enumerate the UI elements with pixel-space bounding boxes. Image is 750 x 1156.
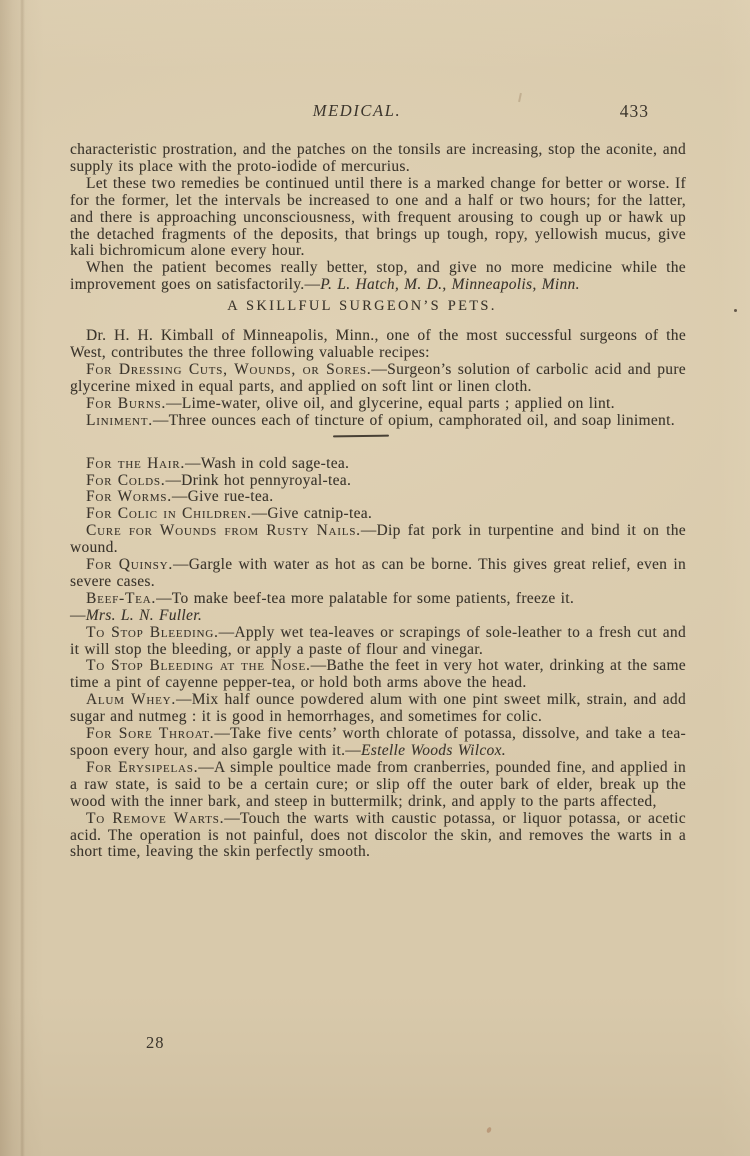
text-segment: For Worms. xyxy=(86,488,172,505)
text-segment: characteristic prostration, and the patc… xyxy=(70,141,686,175)
text-segment: Mrs. L. N. Fuller. xyxy=(86,607,202,624)
running-head: MEDICAL. 433 xyxy=(0,101,750,125)
text-segment: For Sore Throat. xyxy=(86,725,214,742)
paragraph: Dr. H. H. Kimball of Minneapolis, Minn.,… xyxy=(70,328,686,362)
text-segment: —To make beef-tea more palatable for som… xyxy=(156,590,574,607)
paragraph: When the patient becomes really better, … xyxy=(70,260,686,294)
text-segment: Alum Whey. xyxy=(86,691,176,708)
text-segment: —Drink hot pennyroyal-tea. xyxy=(165,472,351,489)
text-segment: P. L. Hatch, M. D., Minneapolis, Minn. xyxy=(320,276,580,293)
paragraph: For Quinsy.—Gargle with water as hot as … xyxy=(70,557,686,591)
paragraph: Beef-Tea.—To make beef-tea more palatabl… xyxy=(70,591,686,625)
text-segment: —Three ounces each of tincture of opium,… xyxy=(153,412,675,429)
paragraph: characteristic prostration, and the patc… xyxy=(70,142,686,176)
paragraph: To Stop Bleeding at the Nose.—Bathe the … xyxy=(70,658,686,692)
text-segment: —Give rue-tea. xyxy=(172,488,274,505)
paragraph: For Worms.—Give rue-tea. xyxy=(70,489,686,506)
text-segment: For Colic in Children. xyxy=(86,505,252,522)
text-segment: —Lime-water, olive oil, and glycerine, e… xyxy=(166,395,615,412)
text-segment: Let these two remedies be continued unti… xyxy=(70,175,686,260)
page-body: characteristic prostration, and the patc… xyxy=(70,142,686,861)
section-divider xyxy=(333,434,389,437)
text-segment: —Give catnip-tea. xyxy=(252,505,373,522)
paragraph: For Sore Throat.—Take five cents’ worth … xyxy=(70,726,686,760)
text-segment: For the Hair. xyxy=(86,455,185,472)
ink-speck xyxy=(229,282,235,287)
text-segment: Cure for Wounds from Rusty Nails. xyxy=(86,522,361,539)
text-segment: To Remove Warts. xyxy=(86,810,224,827)
text-segment: For Erysipelas. xyxy=(86,759,198,776)
section-heading: A SKILLFUL SURGEON’S PETS. xyxy=(54,297,670,315)
paragraph: For Erysipelas.—A simple poultice made f… xyxy=(70,760,686,811)
text-segment: To Stop Bleeding at the Nose. xyxy=(86,657,311,674)
paragraph: For Dressing Cuts, Wounds, or Sores.—Sur… xyxy=(70,362,686,396)
text-segment: Liniment. xyxy=(86,412,153,429)
text-segment: Estelle Woods Wilcox. xyxy=(361,742,506,759)
text-segment: For Quinsy. xyxy=(86,556,173,573)
text-segment: Dr. H. H. Kimball of Minneapolis, Minn.,… xyxy=(70,327,686,361)
text-segment: To Stop Bleeding. xyxy=(86,624,219,641)
paragraph: For Colds.—Drink hot pennyroyal-tea. xyxy=(70,473,686,490)
page-number: 433 xyxy=(620,101,649,122)
text-segment: —Wash in cold sage-tea. xyxy=(185,455,349,472)
signature-mark: 28 xyxy=(146,1033,165,1053)
paragraph: Cure for Wounds from Rusty Nails.—Dip fa… xyxy=(70,523,686,557)
paragraph: To Stop Bleeding.—Apply wet tea-leaves o… xyxy=(70,625,686,659)
ink-speck xyxy=(734,309,737,312)
paragraph: For Burns.—Lime-water, olive oil, and gl… xyxy=(70,396,686,413)
text-segment: For Burns. xyxy=(86,395,166,412)
paragraph: Let these two remedies be continued unti… xyxy=(70,176,686,261)
paragraph: To Remove Warts.—Touch the warts with ca… xyxy=(70,811,686,862)
paragraph: For Colic in Children.—Give catnip-tea. xyxy=(70,506,686,523)
paragraph: Alum Whey.—Mix half ounce powdered alum … xyxy=(70,692,686,726)
text-segment: For Colds. xyxy=(86,472,165,489)
paragraph: Liniment.—Three ounces each of tincture … xyxy=(70,413,686,430)
text-segment: For Dressing Cuts, Wounds, or Sores. xyxy=(86,361,371,378)
text-segment: — xyxy=(70,607,86,624)
paragraph: For the Hair.—Wash in cold sage-tea. xyxy=(70,456,686,473)
text-segment: Beef-Tea. xyxy=(86,590,156,607)
